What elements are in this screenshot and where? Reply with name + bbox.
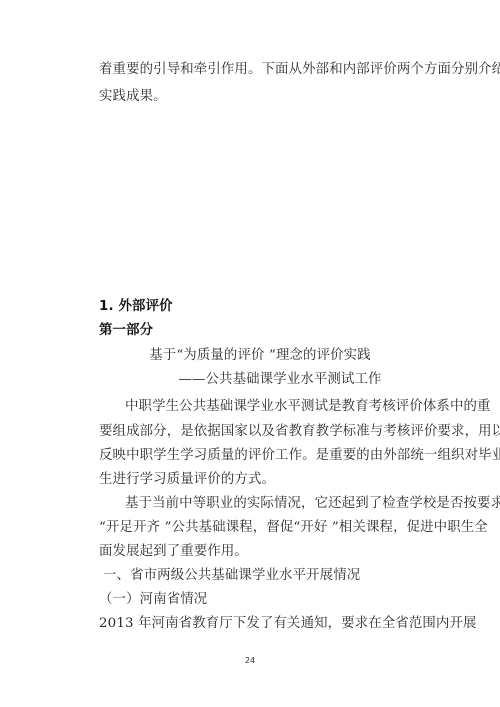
subheading-provinces: 一、省市两级公共基础课学业水平开展情况 bbox=[103, 566, 433, 586]
paragraph2-line-1: 基于当前中等职业的实际情况，它还起到了检查学校是否按要求 bbox=[125, 494, 455, 514]
paragraph2-line-2: “开足开齐 ”公共基础课程，督促“开好 ”相关课程，促进中职生全 bbox=[99, 518, 429, 538]
part-heading: 第一部分 bbox=[99, 321, 429, 341]
subheading-henan: （一）河南省情况 bbox=[99, 590, 429, 610]
document-title: 基于“为质量的评价 ”理念的评价实践 bbox=[95, 346, 425, 366]
document-page: 着重要的引导和牵引作用。下面从外部和内部评价两个方面分别介绍 实践成果。 1. … bbox=[0, 0, 500, 707]
intro-line-1: 着重要的引导和牵引作用。下面从外部和内部评价两个方面分别介绍 bbox=[99, 60, 429, 80]
document-subtitle: ——公共基础课学业水平测试工作 bbox=[115, 370, 445, 390]
paragraph1-line-4: 生进行学习质量评价的方式。 bbox=[99, 470, 429, 490]
paragraph2-line-3: 面发展起到了重要作用。 bbox=[99, 542, 429, 562]
paragraph1-line-3: 反映中职学生学习质量的评价工作。是重要的由外部统一组织对毕业 bbox=[99, 446, 429, 466]
paragraph1-line-1: 中职学生公共基础课学业水平测试是教育考核评价体系中的重 bbox=[125, 397, 455, 417]
section-heading: 1. 外部评价 bbox=[99, 297, 429, 317]
page-number: 24 bbox=[0, 656, 500, 665]
intro-line-2: 实践成果。 bbox=[99, 87, 429, 107]
paragraph3-line-1: 2013 年河南省教育厅下发了有关通知，要求在全省范围内开展 bbox=[99, 614, 429, 634]
paragraph1-line-2: 要组成部分，是依据国家以及省教育教学标准与考核评价要求，用以 bbox=[99, 422, 429, 442]
